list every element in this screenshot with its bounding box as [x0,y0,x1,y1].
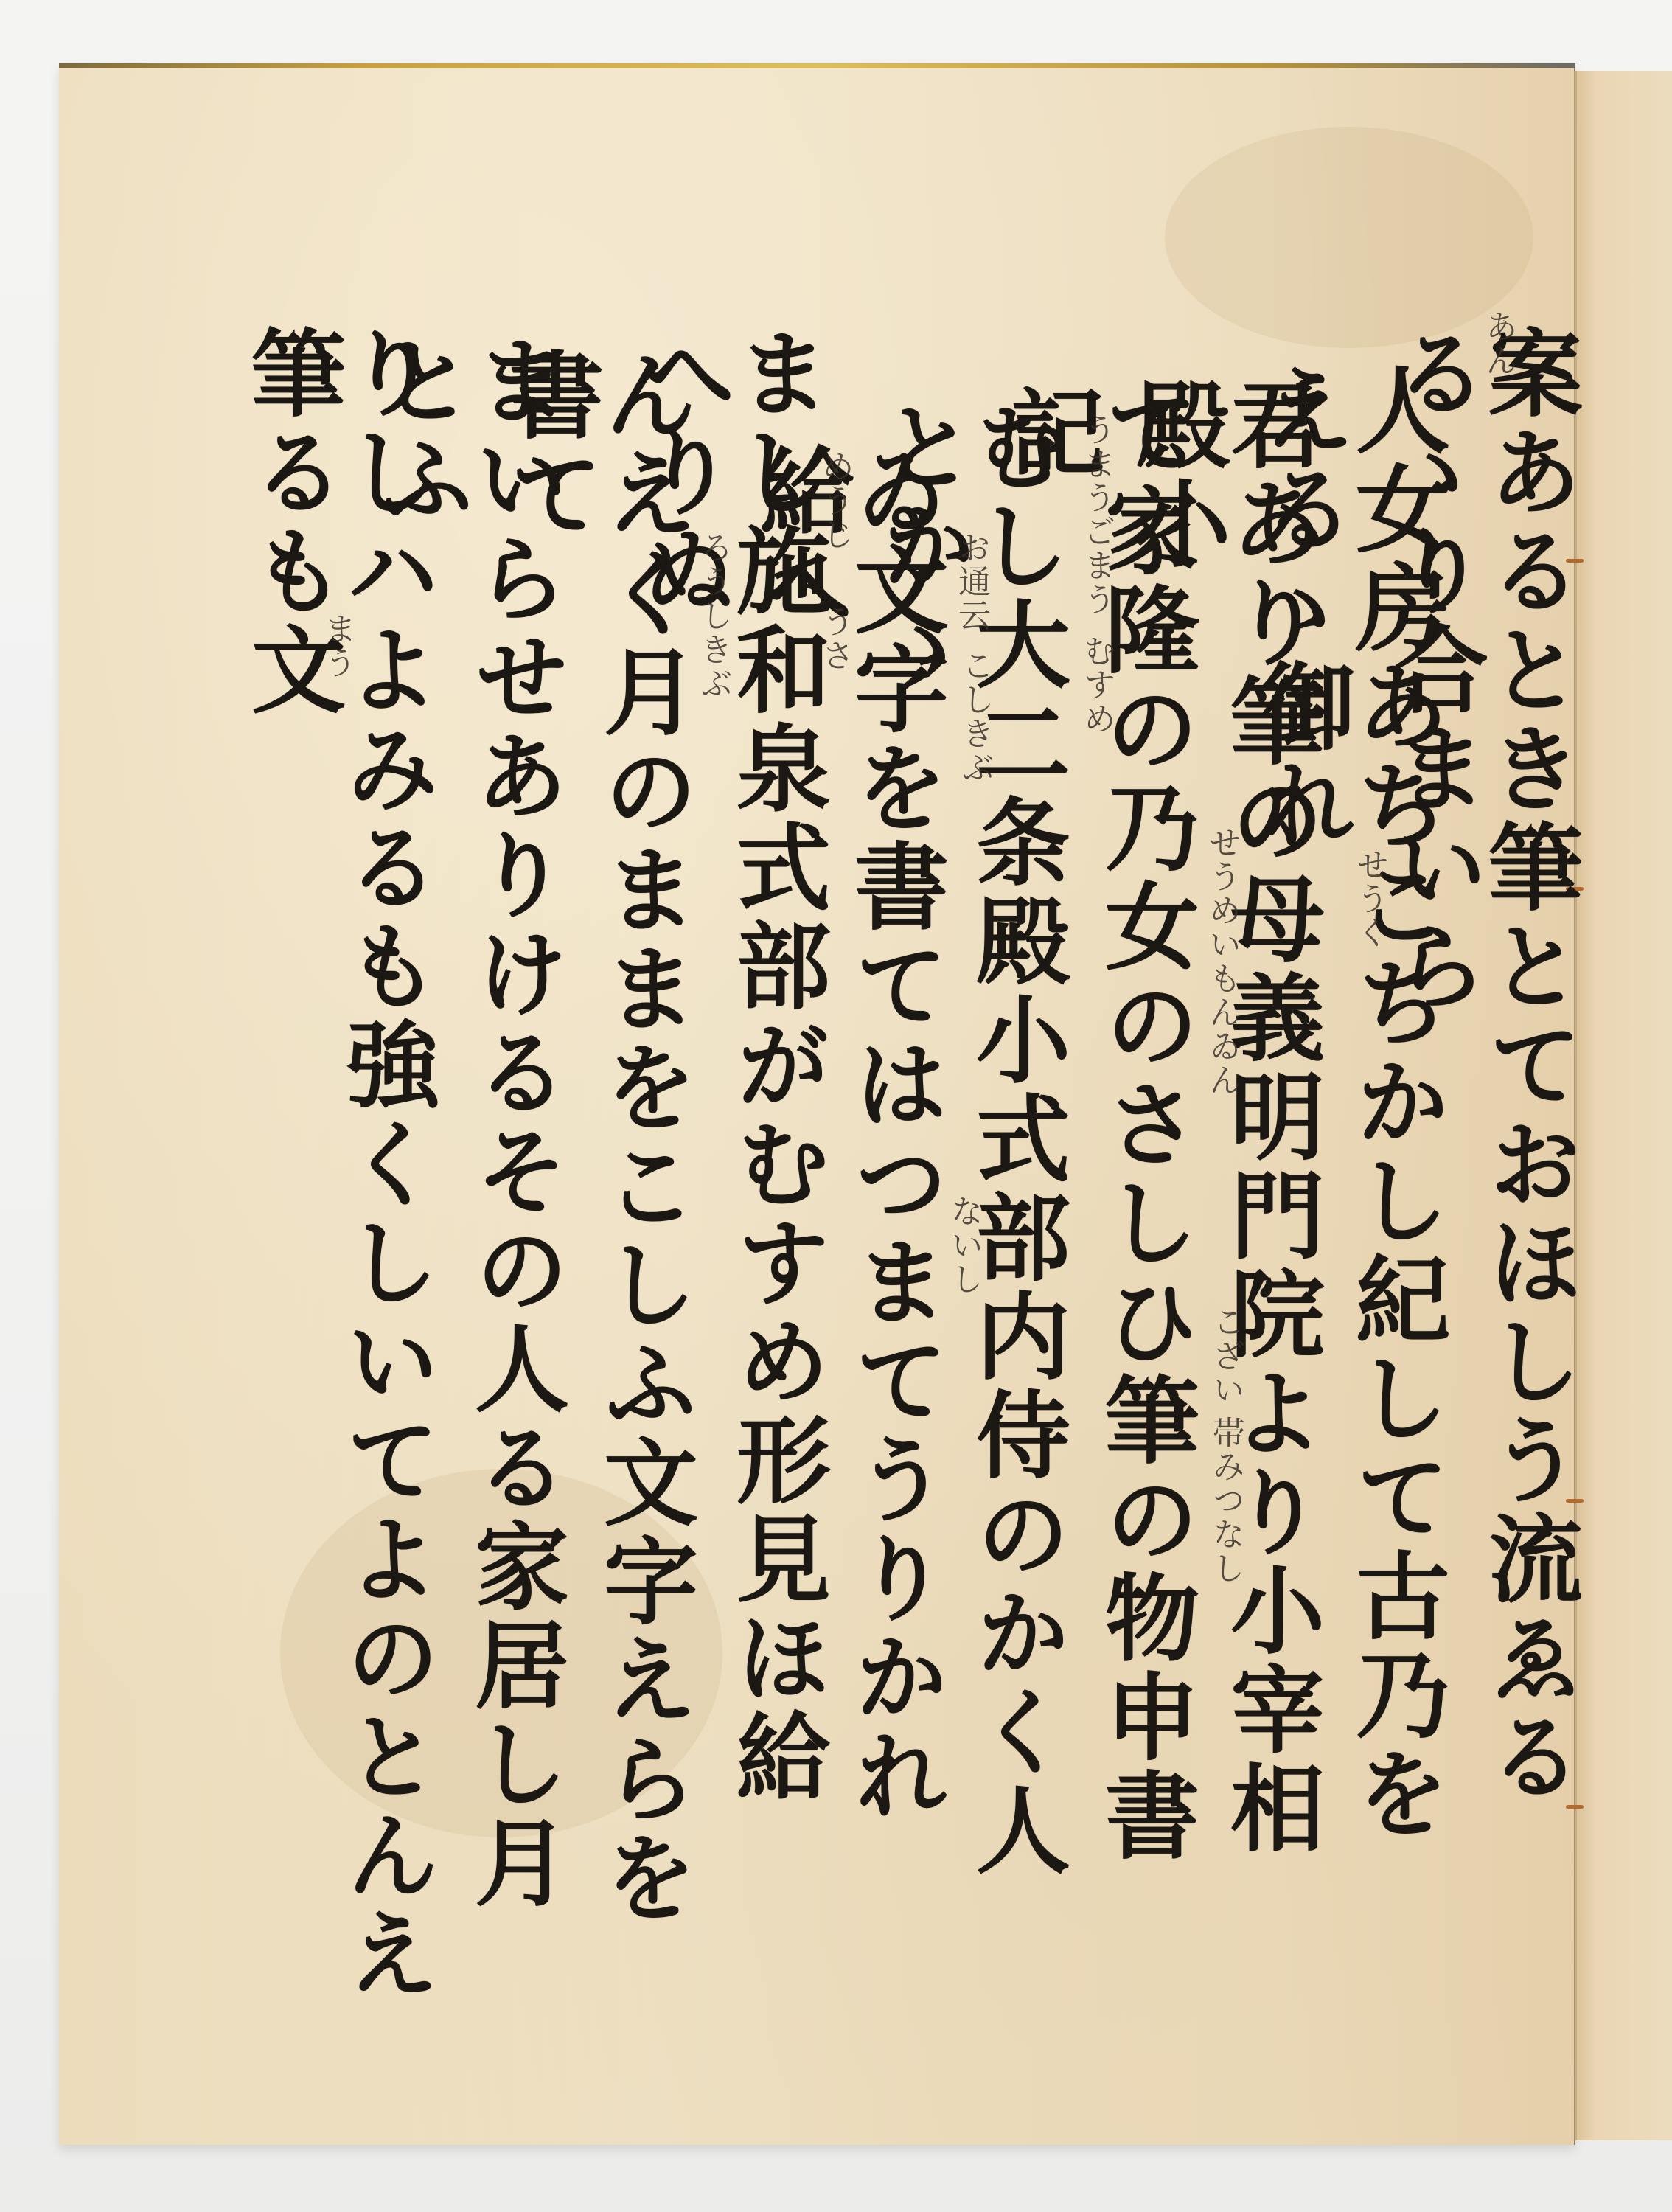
text-column-10: りしハよみるも強くしいてよのとんえ筆るも文 [243,324,432,2094]
ruby-annotation: むすめ [1080,634,1112,736]
gilt-top-edge [59,63,1575,68]
paper-stain [1165,127,1533,348]
ruby-annotation: お通云 [955,531,987,633]
ruby-annotation: こざい [1209,1305,1241,1407]
ruby-annotation: 帯みつなし [1209,1416,1241,1585]
ruby-annotation: めうじ [818,450,851,552]
ruby-annotation: こしきぶ [958,649,991,785]
ruby-annotation: ないし [947,1194,980,1296]
ruby-annotation: せうく [1353,848,1385,950]
next-page-edge [1575,71,1672,2140]
ruby-annotation: あん [1482,310,1514,378]
ruby-annotation: ろうしきぶ [697,531,729,700]
ruby-annotation: まう [321,612,353,680]
ruby-annotation: せうめいもんゐん [1205,826,1238,1097]
ruby-annotation: うさ [818,605,851,672]
ruby-annotation: うまうごまう [1080,413,1112,616]
